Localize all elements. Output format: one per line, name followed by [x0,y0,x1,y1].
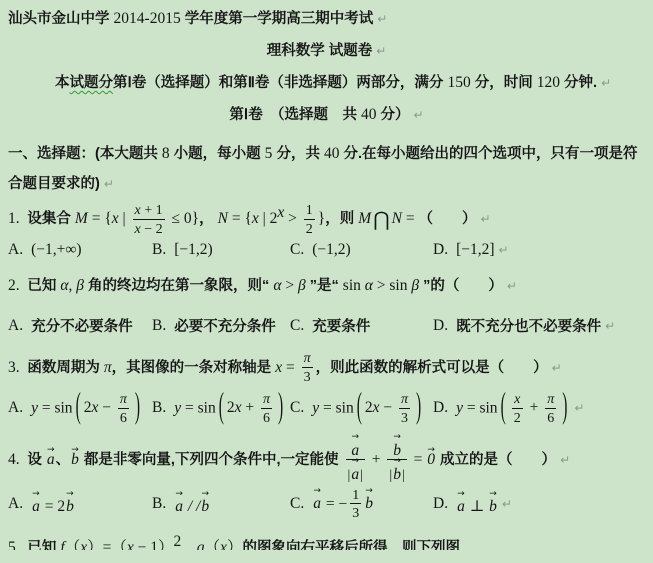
exam-info: 本试题分第Ⅰ卷（选择题）和第Ⅱ卷（非选择题）两部分，满分 150 分，时间 12… [8,73,645,93]
exam-title: 汕头市金山中学 2014-2015 学年度第一学期高三期中考试↵ [8,9,645,29]
question-5-text: 5. 已知 f（x）=（x − 1）2，g（x）的图象向右平移后所得，则下列图 [8,539,460,550]
question-4-option-d: D.→a ⊥ →b [433,492,498,516]
paragraph-mark-icon: ↵ [499,243,509,257]
option-value: [−1,2] [456,241,494,259]
option-label: A. [8,399,23,417]
option-label: A. [8,241,23,259]
option-value: [−1,2) [174,241,212,259]
option-label: B. [152,241,166,259]
paragraph-mark-icon: ↵ [605,319,615,333]
option-label: A. [8,317,23,335]
option-label: D. [433,241,448,259]
question-4-text: 4. 设 →a、→b 都是非零向量,下列四个条件中,一定能使 →a|→a| + … [8,451,556,468]
question-3-option-c: C.y = sin(2x − π3) [290,390,433,426]
exam-subtitle-text: 理科数学 试题卷 [267,42,373,59]
paragraph-mark-icon: ↵ [502,497,512,511]
option-label: B. [152,495,166,513]
question-5-clipped-line: 5. 已知 f（x）=（x − 1）2，g（x）的图象向右平移后所得，则下列图 [8,534,645,550]
question-1-option-b: B.[−1,2) [152,241,290,259]
question-4-option-a: A.→a = 2→b [8,492,152,516]
question-1-option-a: A.(−1,+∞) [8,241,152,259]
paragraph-mark-icon: ↵ [480,212,490,226]
option-label: D. [433,399,448,417]
part1-heading-text: 第Ⅰ卷 （选择题 共 40 分） [229,106,409,123]
option-value: →a = 2→b [31,492,75,516]
option-value: y = sin(x2 + π6) [456,390,570,426]
option-label: D. [433,495,448,513]
option-value: 既不充分也不必要条件 [456,315,601,336]
option-value: 必要不充分条件 [174,315,276,336]
option-value: 充要条件 [312,315,370,336]
exam-info-text: 本试题分第Ⅰ卷（选择题）和第Ⅱ卷（非选择题）两部分，满分 150 分，时间 12… [55,74,597,91]
question-3-stem: 3. 函数周期为 π，其图像的一条对称轴是 x = π3，则此函数的解析式可以是… [8,349,645,385]
option-label: B. [152,317,166,335]
question-4-options: A.→a = 2→b B.→a / /→b C.→a = −13→b D.→a … [8,486,645,522]
paragraph-mark-icon: ↵ [376,44,386,58]
part1-heading: 第Ⅰ卷 （选择题 共 40 分）↵ [8,105,645,125]
paragraph-mark-icon: ↵ [601,76,611,90]
question-1-text: 1. 设集合 M = {x | x + 1x − 2 ≤ 0}， N = {x … [8,210,476,227]
question-2-options: A.充分不必要条件 B.必要不充分条件 C.充要条件 D.既不充分也不必要条件 … [8,315,645,336]
question-1-stem: 1. 设集合 M = {x | x + 1x − 2 ≤ 0}， N = {x … [8,201,645,237]
paragraph-mark-icon: ↵ [507,279,517,293]
question-2-stem: 2. 已知 α, β 角的终边均在第一象限，则“ α > β ”是“ sin α… [8,276,645,296]
question-2-option-c: C.充要条件 [290,315,433,336]
option-label: C. [290,241,304,259]
question-4-option-b: B.→a / /→b [152,492,290,516]
option-value: y = sin(2x − π3) [312,390,424,426]
question-3-option-b: B.y = sin(2x + π6) [152,390,290,426]
question-1-options: A.(−1,+∞) B.[−1,2) C.(−1,2) D.[−1,2] ↵ [8,241,645,259]
option-value: →a ⊥ →b [456,492,498,516]
question-2-option-a: A.充分不必要条件 [8,315,152,336]
question-3-option-a: A.y = sin(2x − π6) [8,390,152,426]
question-4-stem: 4. 设 →a、→b 都是非零向量,下列四个条件中,一定能使 →a|→a| + … [8,436,645,484]
option-value: y = sin(2x + π6) [174,390,286,426]
exam-title-text: 汕头市金山中学 2014-2015 学年度第一学期高三期中考试 [8,10,373,27]
question-4-option-c: C.→a = −13→b [290,486,433,522]
question-2-option-d: D.既不充分也不必要条件 [433,315,601,336]
option-value: 充分不必要条件 [31,315,133,336]
option-label: B. [152,399,166,417]
paragraph-mark-icon: ↵ [104,177,114,191]
option-value: (−1,+∞) [31,241,81,259]
paragraph-mark-icon: ↵ [552,361,562,375]
paragraph-mark-icon: ↵ [574,401,584,415]
document-page: 汕头市金山中学 2014-2015 学年度第一学期高三期中考试↵ 理科数学 试题… [0,0,653,550]
exam-subtitle: 理科数学 试题卷↵ [8,41,645,61]
option-label: C. [290,399,304,417]
option-value: →a = −13→b [312,486,374,522]
option-label: C. [290,317,304,335]
question-3-options: A.y = sin(2x − π6) B.y = sin(2x + π6) C.… [8,390,645,426]
option-value: →a / /→b [174,492,210,516]
question-1-option-d: D.[−1,2] [433,241,495,259]
question-2-option-b: B.必要不充分条件 [152,315,290,336]
paragraph-mark-icon: ↵ [414,108,424,122]
option-value: y = sin(2x − π6) [31,390,143,426]
section-heading: 一、选择题：(本大题共 8 小题，每小题 5 分，共 40 分.在每小题给出的四… [8,139,645,199]
question-2-text: 2. 已知 α, β 角的终边均在第一象限，则“ α > β ”是“ sin α… [8,277,503,294]
question-3-option-d: D.y = sin(x2 + π6) [433,390,570,426]
paragraph-mark-icon: ↵ [377,12,387,26]
question-3-text: 3. 函数周期为 π，其图像的一条对称轴是 x = π3，则此函数的解析式可以是… [8,359,548,376]
section-heading-text: 一、选择题：(本大题共 8 小题，每小题 5 分，共 40 分.在每小题给出的四… [8,145,638,192]
question-1-option-c: C.(−1,2) [290,241,433,259]
option-value: (−1,2) [312,241,350,259]
option-label: D. [433,317,448,335]
option-label: C. [290,495,304,513]
paragraph-mark-icon: ↵ [560,453,570,467]
option-label: A. [8,495,23,513]
